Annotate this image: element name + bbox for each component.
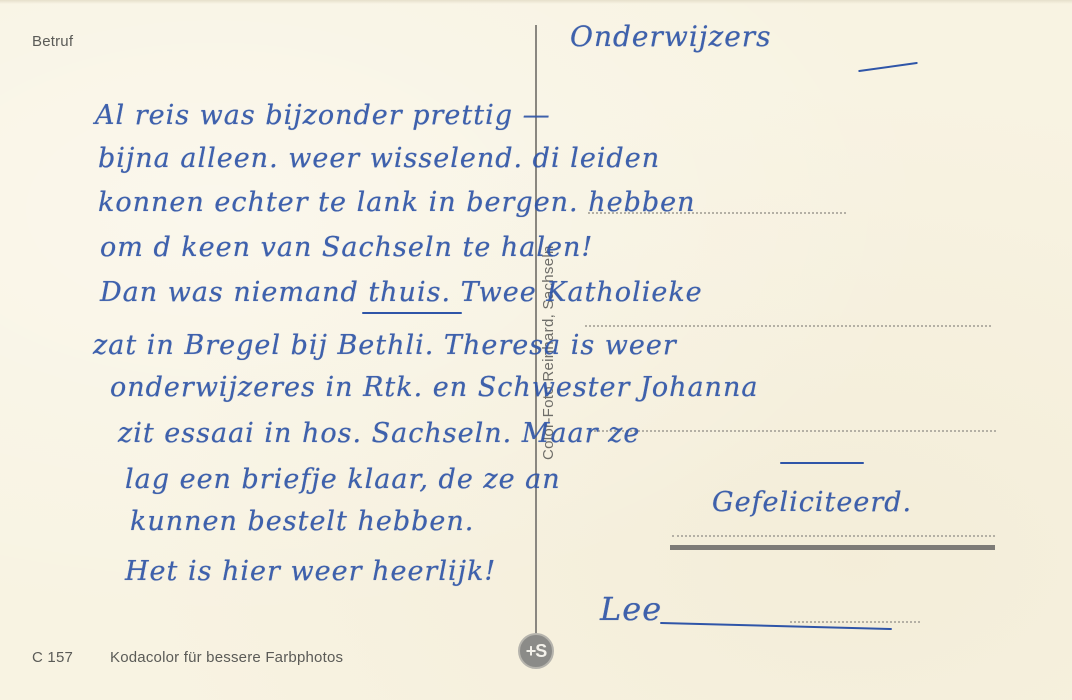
greeting: Gefeliciteerd.	[712, 487, 912, 518]
message-line-3: konnen echter te lank in bergen. hebben	[98, 187, 696, 218]
place-name: Betruf	[32, 33, 73, 50]
message-line-5: Dan was niemand thuis. Twee Katholieke	[100, 277, 703, 308]
ze-an-underline	[780, 462, 864, 464]
message-line-1: Al reis was bijzonder prettig —	[95, 100, 551, 131]
catalog-code: C 157	[32, 649, 73, 666]
signature-dotted-line	[790, 621, 920, 623]
niemand-underline	[362, 312, 462, 314]
address-line-2	[585, 325, 991, 327]
message-line-4: om d keen van Sachseln te halen!	[100, 232, 593, 263]
address-line-4	[672, 535, 995, 537]
postcard-back: Betruf C 157 Kodacolor für bessere Farbp…	[0, 0, 1072, 700]
card-edge	[0, 0, 1072, 4]
address-line-3	[590, 430, 996, 432]
message-line-11: Het is hier weer heerlijk!	[125, 556, 496, 587]
signature-flourish	[660, 622, 892, 630]
handwritten-address: Onderwijzers	[570, 20, 772, 53]
message-line-6: zat in Bregel bij Bethli. Theresa is wee…	[93, 330, 677, 361]
message-line-9: lag een briefje klaar, de ze an	[125, 464, 561, 495]
message-line-7: onderwijzeres in Rtk. en Schwester Johan…	[110, 372, 758, 403]
signature: Lee	[600, 590, 662, 628]
address-underline	[858, 62, 918, 72]
message-line-2: bijna alleen. weer wisselend. di leiden	[98, 143, 660, 174]
publisher-logo-icon: +S	[518, 633, 554, 669]
publisher-logo-text: +S	[526, 641, 547, 662]
message-line-10: kunnen bestelt hebben.	[130, 506, 474, 537]
kodacolor-tagline: Kodacolor für bessere Farbphotos	[110, 649, 343, 666]
message-line-8: zit essaai in hos. Sachseln. Maar ze	[118, 418, 640, 449]
address-bar	[670, 545, 995, 550]
